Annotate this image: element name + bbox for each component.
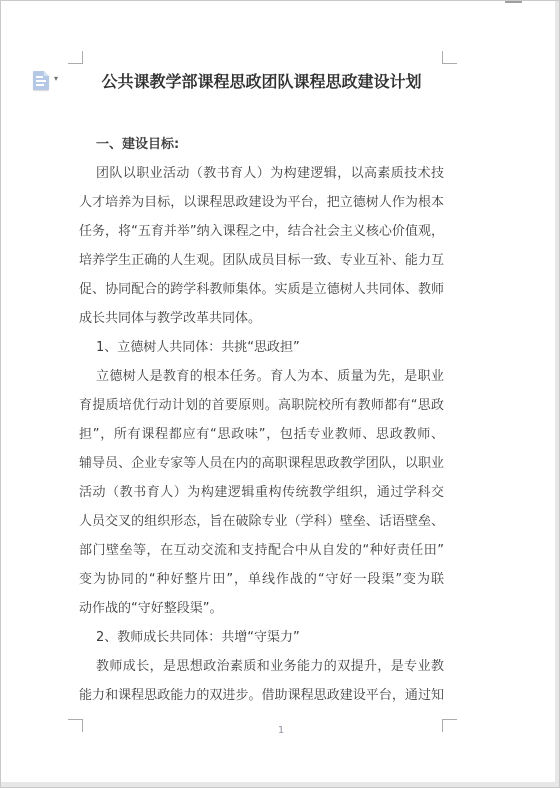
document-line-glyph [36,80,46,82]
paste-clipboard-icon [33,71,49,90]
window-right-edge [555,1,559,787]
document-line: 人才培养为目标，以课程思政建设为平台，把立德树人作为根本 [79,188,444,217]
margin-crop-mark-top-left [68,51,83,64]
document-line: 2、教师成长共同体：共增“守渠力” [79,623,444,652]
dropdown-arrow-icon[interactable]: ▾ [54,74,58,84]
page-fold-icon [44,71,49,76]
document-line: 人员交叉的组织形态，旨在破除专业（学科）壁垒、话语壁垒、 [79,507,444,536]
document-line: 活动（教书育人）为构建逻辑重构传统教学组织，通过学科交叉、 [79,478,444,507]
document-line: 一、建设目标: [79,130,444,159]
scrollbar-remnant-line [505,1,522,3]
document-line-glyph [36,76,43,78]
window-bottom-edge [1,782,559,787]
document-line: 变为协同的“种好整片田”，单线作战的“守好一段渠”变为联 [79,565,444,594]
document-line: 辅导员、企业专家等人员在内的高职课程思政教学团队，以职业 [79,449,444,478]
document-line: 任务，将“五育并举”纳入课程之中，结合社会主义核心价值观， [79,217,444,246]
document-line: 教师成长，是思想政治素质和业务能力的双提升，是专业教学 [79,652,444,681]
paste-options-button[interactable]: ▾ [32,69,66,95]
document-line: 育提质培优行动计划的首要原则。高职院校所有教师都有“思政 [79,391,444,420]
document-line: 担”，所有课程都应有“思政味”，包括专业教师、思政教师、 [79,420,444,449]
document-line: 成长共同体与教学改革共同体。 [79,304,444,333]
document-line: 立德树人是教育的根本任务。育人为本、质量为先，是职业教 [79,362,444,391]
document-title: 公共课教学部课程思政团队课程思政建设计划 [79,67,444,97]
page-number: 1 [1,724,560,738]
document-line: 能力和课程思政能力的双进步。借助课程思政建设平台，通过知 [79,681,444,710]
document-line: 团队以职业活动（教书育人）为构建逻辑，以高素质技术技能 [79,159,444,188]
document-line: 培养学生正确的人生观。团队成员目标一致、专业互补、能力互 [79,246,444,275]
document-line-glyph [36,84,44,86]
document-line: 1、立德树人共同体：共挑“思政担” [79,333,444,362]
document-line: 部门壁垒等，在互动交流和支持配合中从自发的“种好责任田” [79,536,444,565]
document-line: 动作战的“守好整段渠”。 [79,594,444,623]
document-line: 促、协同配合的跨学科教师集体。实质是立德树人共同体、教师 [79,275,444,304]
margin-crop-mark-top-right [442,51,457,64]
document-page: ▾ 公共课教学部课程思政团队课程思政建设计划 一、建设目标:团队以职业活动（教书… [0,0,560,788]
